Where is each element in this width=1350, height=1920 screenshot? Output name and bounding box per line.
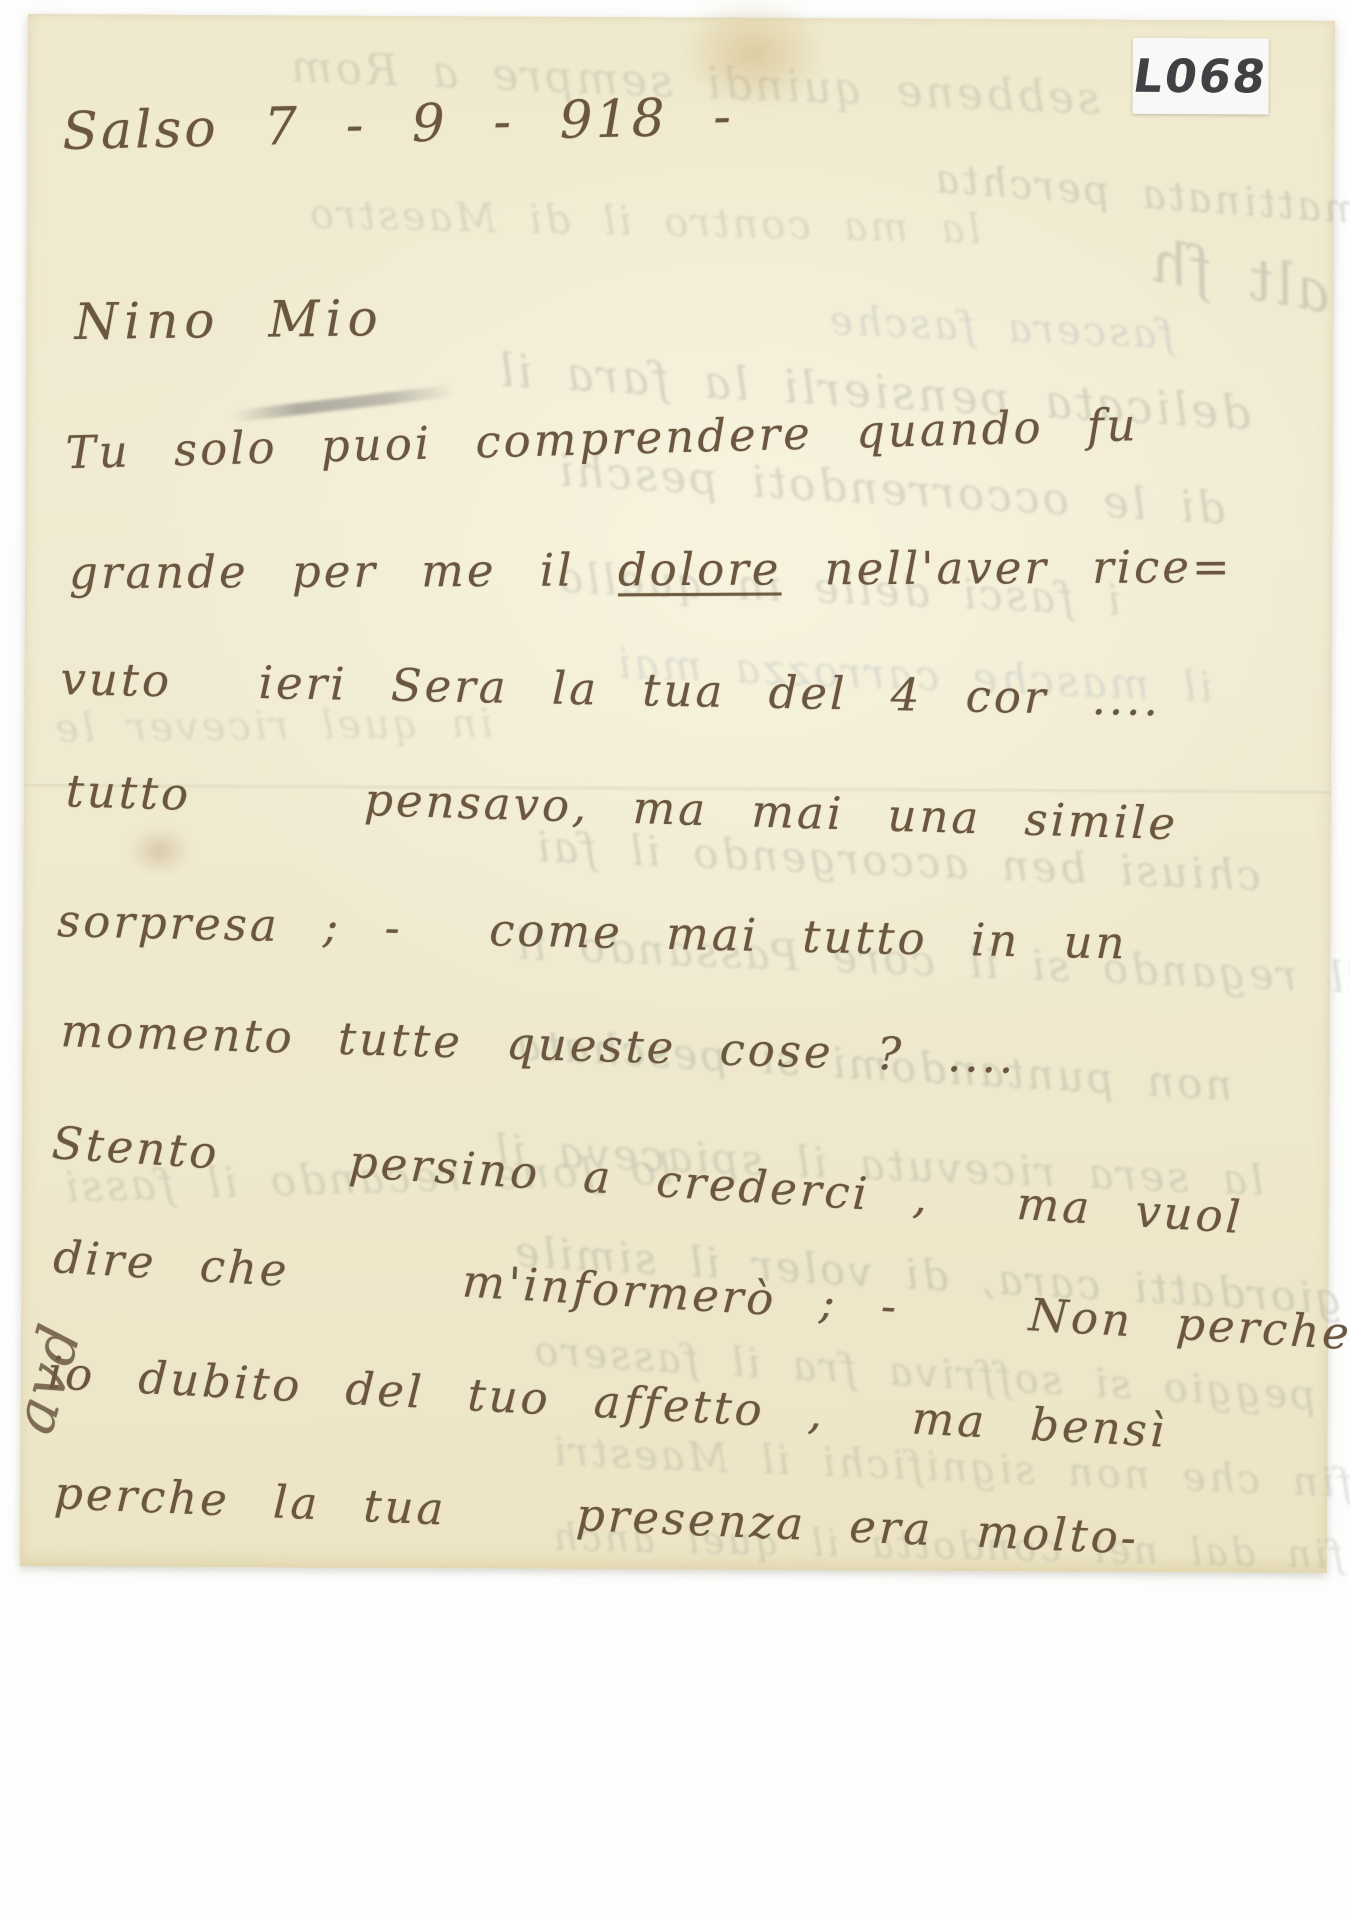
letter-line: Stento persino a crederci , ma vuol	[50, 1116, 1244, 1244]
letter-text: perche la tua presenza era molto-	[53, 1466, 1140, 1564]
letter-text: nell'aver rice=	[781, 540, 1232, 595]
letter-body: Tu solo puoi comprendere quando fugrande…	[20, 14, 1335, 1573]
letter-line: tutto pensavo, ma mai una simile	[65, 764, 1179, 850]
letter-line: sorpresa ; - come mai tutto in un	[57, 894, 1128, 969]
letter-text: grande per me il	[69, 543, 618, 599]
letter-line: momento tutte queste cose ? ....	[60, 1004, 1017, 1084]
letter-text: io dubito del tuo affetto , ma bensì	[46, 1346, 1168, 1458]
letter-text: vuto ieri Sera la tua del 4 cor ....	[60, 652, 1161, 726]
letter-text: momento tutte queste cose ? ....	[60, 1004, 1017, 1084]
scanner-background: { "document": { "kind": "handwritten-let…	[0, 0, 1350, 1920]
letter-page: sebbene quindi sempre a Rommattinata per…	[20, 14, 1335, 1573]
letter-text: dire che m'informerò ; - Non perche	[52, 1230, 1350, 1360]
letter-text: Stento persino a crederci , ma vuol	[50, 1116, 1244, 1244]
archive-label-text: L068	[1130, 49, 1271, 104]
letter-line: io dubito del tuo affetto , ma bensì	[46, 1346, 1168, 1458]
letter-line: vuto ieri Sera la tua del 4 cor ....	[60, 652, 1161, 726]
letter-text: tutto pensavo, ma mai una simile	[65, 764, 1179, 850]
letter-text: Tu solo puoi comprendere quando fu	[65, 398, 1139, 479]
archive-label: L068	[1132, 38, 1268, 115]
letter-line: perche la tua presenza era molto-	[53, 1466, 1140, 1564]
letter-line: dire che m'informerò ; - Non perche	[52, 1230, 1350, 1360]
underlined-word: dolore	[618, 542, 782, 596]
letter-line: Tu solo puoi comprendere quando fu	[65, 398, 1139, 479]
letter-line: grande per me il dolore nell'aver rice=	[69, 540, 1233, 599]
letter-text: sorpresa ; - come mai tutto in un	[57, 894, 1128, 969]
